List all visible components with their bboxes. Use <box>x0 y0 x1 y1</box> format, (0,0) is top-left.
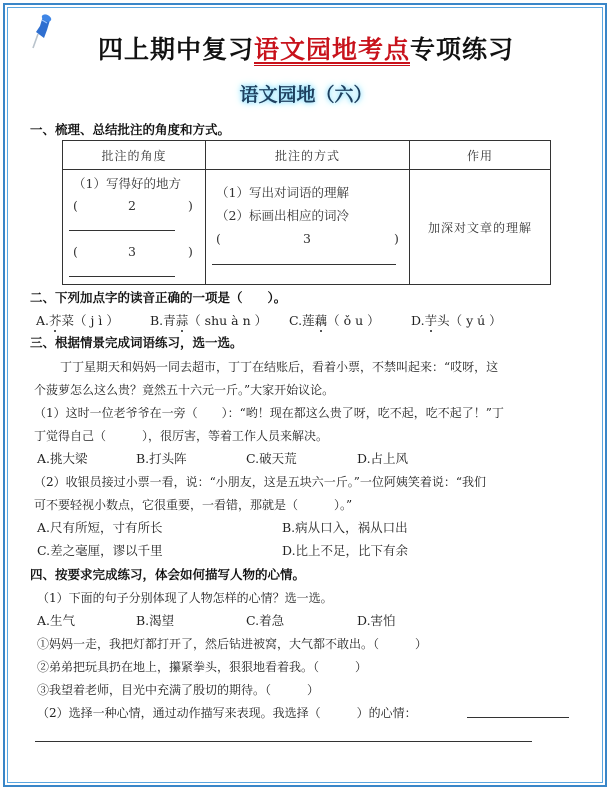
pinyin: （ j ì ） <box>74 313 119 328</box>
answer-line-3[interactable] <box>69 276 175 277</box>
pinyin: （ y ú ） <box>450 313 502 328</box>
blank3-number: 3 <box>128 244 136 260</box>
blank2-open: ( <box>73 198 78 214</box>
option-label: A. <box>36 313 49 328</box>
s4-item-1: ①妈妈一走，我把灯都打开了，然后钻进被窝，大气都不敢出。（ ） <box>37 636 427 652</box>
answer-line-description[interactable] <box>35 741 532 742</box>
option-a[interactable]: A.芥菜（ j ì ） <box>36 313 119 329</box>
section3-heading: 三、根据情景完成词语练习，选一选。 <box>30 335 243 351</box>
section4-heading: 四、按要求完成练习，体会如何描写人物的心情。 <box>30 567 305 583</box>
option-label: B. <box>150 313 163 328</box>
q1-line1: （1）这时一位老爷爷在一旁（ ）：“哟！现在都这么贵了呀，吃不起，吃不起了！”丁 <box>34 405 504 421</box>
method-line2: （2）标画出相应的词冷 <box>216 208 349 224</box>
page-subtitle: 语文园地（六） <box>0 80 612 107</box>
option-c[interactable]: C.莲藕（ ǒ u ） <box>289 313 380 329</box>
s4-item-3: ③我望着老师，目光中充满了殷切的期待。（ ） <box>37 682 319 698</box>
page-title: 四上期中复习语文园地考点专项练习 <box>0 30 612 66</box>
section1-heading: 一、梳理、总结批注的角度和方式。 <box>30 122 230 138</box>
title-prefix: 四上期中复习 <box>98 35 254 64</box>
char: 青 <box>163 313 176 328</box>
blank3-open: ( <box>73 244 78 260</box>
dotted-char: 蒜 <box>176 313 189 328</box>
s4-option-a[interactable]: A.生气 <box>37 613 75 629</box>
q1-option-a[interactable]: A.挑大梁 <box>37 451 88 467</box>
answer-line-2[interactable] <box>69 230 175 231</box>
q1-option-c[interactable]: C.破天荒 <box>246 451 297 467</box>
q2-option-b[interactable]: B.病从口入，祸从口出 <box>282 520 408 536</box>
option-label: C. <box>289 313 302 328</box>
q2-option-c[interactable]: C.差之毫厘，谬以千里 <box>37 543 163 559</box>
q2-option-a[interactable]: A.尺有所短，寸有所长 <box>37 520 163 536</box>
table-cell-angle: （1）写得好的地方 ( 2 ) ( 3 ) <box>63 170 206 285</box>
char: 莲 <box>302 313 315 328</box>
table-header-angle: 批注的角度 <box>63 141 206 170</box>
section2-heading: 二、下列加点字的读音正确的一项是（ ）。 <box>30 290 286 306</box>
dotted-char: 芥 <box>49 313 62 328</box>
dotted-char: 芋 <box>425 313 438 328</box>
blank2-close: ) <box>188 198 193 214</box>
option-b[interactable]: B.青蒜（ shu à n ） <box>150 313 267 329</box>
q1-option-b[interactable]: B.打头阵 <box>136 451 187 467</box>
table-cell-method: （1）写出对词语的理解 （2）标画出相应的词冷 ( 3 ) <box>206 170 410 285</box>
char: 菜 <box>62 313 75 328</box>
pinyin: （ ǒ u ） <box>327 313 380 328</box>
s4-option-b[interactable]: B.渴望 <box>136 613 174 629</box>
method-blank-number: 3 <box>303 231 311 247</box>
blank3-close: ) <box>188 244 193 260</box>
passage-line2: 个菠萝怎么这么贵？竟然五十六元一斤。”大家开始议论。 <box>34 382 334 398</box>
annotation-table: 批注的角度 批注的方式 作用 （1）写得好的地方 ( 2 ) ( 3 ) （1）… <box>62 140 551 285</box>
q2-line1: （2）收银员接过小票一看，说：“小朋友，这是五块六一斤。”一位阿姨笑着说：“我们 <box>34 474 486 490</box>
pinyin: （ shu à n ） <box>188 313 267 328</box>
table-header-method: 批注的方式 <box>206 141 410 170</box>
option-d[interactable]: D.芋头（ y ú ） <box>411 313 502 329</box>
answer-line-mood[interactable] <box>467 717 569 718</box>
method-blank-open: ( <box>216 231 221 247</box>
s4-option-c[interactable]: C.着急 <box>246 613 284 629</box>
q1-line2: 丁觉得自己（ ），很厉害，等着工作人员来解决。 <box>34 428 328 444</box>
s4-q1: （1）下面的句子分别体现了人物怎样的心情？选一选。 <box>37 590 333 606</box>
q2-option-d[interactable]: D.比上不足，比下有余 <box>282 543 408 559</box>
table-header-effect: 作用 <box>410 141 551 170</box>
option-label: D. <box>411 313 425 328</box>
passage-line1: 丁丁星期天和妈妈一同去超市，丁丁在结账后，看着小票，不禁叫起来：“哎呀，这 <box>60 359 498 375</box>
table-cell-effect: 加深对文章的理解 <box>410 170 551 285</box>
method-line1: （1）写出对词语的理解 <box>216 185 349 201</box>
s4-option-d[interactable]: D.害怕 <box>357 613 396 629</box>
q2-line2: 可不要轻视小数点，它很重要，一看错，那就是（ ）。” <box>34 497 352 513</box>
method-blank-close: ) <box>394 231 399 247</box>
method-answer-line[interactable] <box>212 264 396 265</box>
title-highlight: 语文园地考点 <box>254 35 410 66</box>
q1-option-d[interactable]: D.占上风 <box>357 451 408 467</box>
angle-line1: （1）写得好的地方 <box>73 176 181 192</box>
blank2-number: 2 <box>128 198 136 214</box>
dotted-char: 藕 <box>315 313 328 328</box>
title-suffix: 专项练习 <box>410 35 514 64</box>
char: 头 <box>437 313 450 328</box>
s4-q2: （2）选择一种心情，通过动作描写来表现。我选择（ ）的心情： <box>37 705 417 721</box>
s4-item-2: ②弟弟把玩具扔在地上，攥紧拳头，狠狠地看着我。（ ） <box>37 659 367 675</box>
